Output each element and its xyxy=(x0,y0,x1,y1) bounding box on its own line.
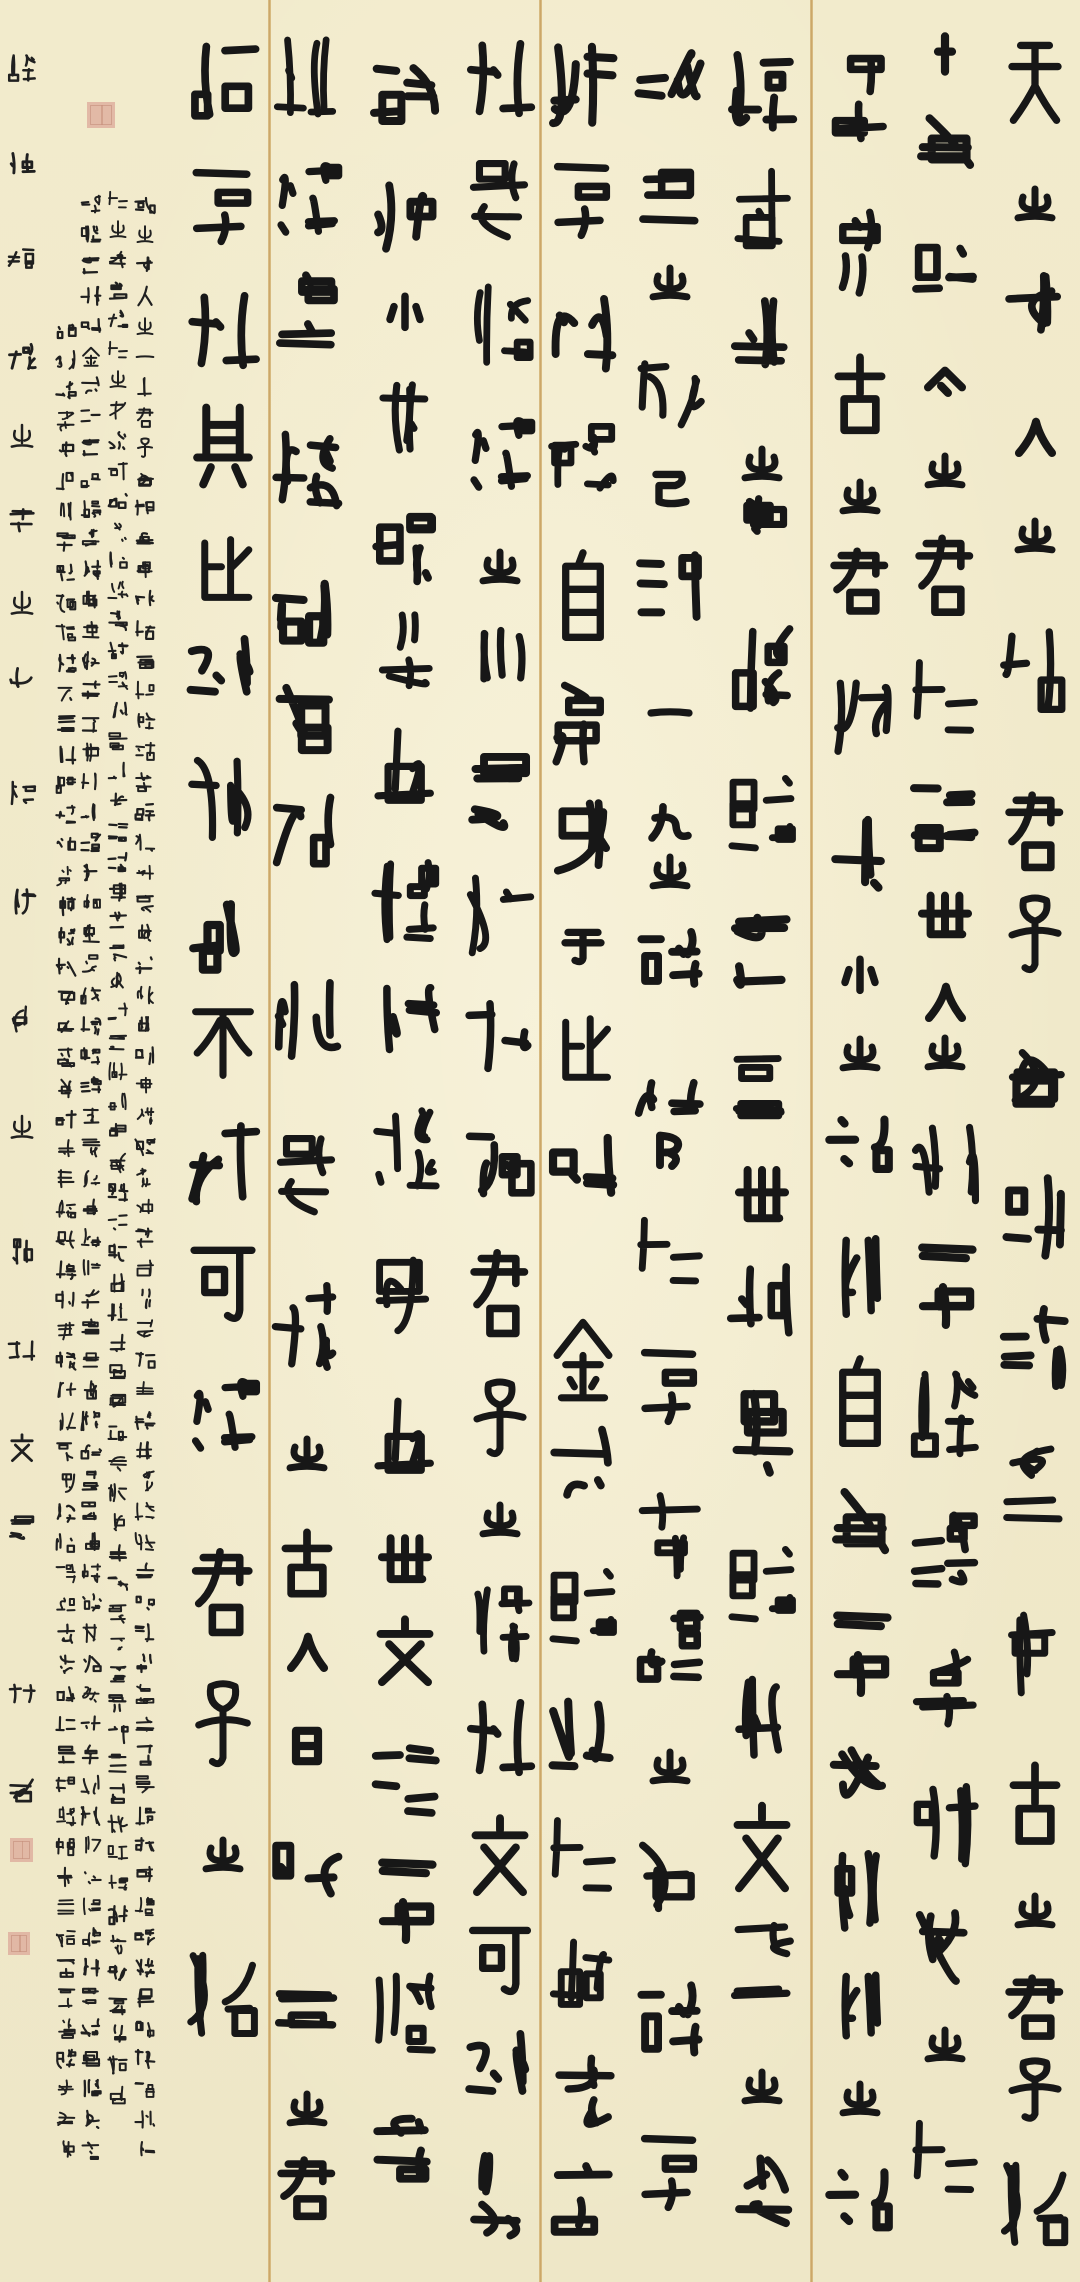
seal-script-glyph xyxy=(185,896,261,982)
seal-script-glyph xyxy=(271,784,343,876)
scroll-panel-2 xyxy=(542,0,810,2282)
seal-script-glyph xyxy=(547,549,619,645)
seal-script-glyph xyxy=(547,1005,619,1091)
seal-script-glyph xyxy=(547,791,619,883)
seal-script-glyph xyxy=(824,2155,896,2234)
seal-script-glyph xyxy=(824,1104,896,1175)
panel-divider xyxy=(268,0,271,2282)
seal-script-glyph xyxy=(547,672,619,768)
seal-script-glyph xyxy=(185,627,261,712)
scroll-panel-4 xyxy=(0,0,268,2282)
seal-script-glyph xyxy=(824,1478,896,1574)
seal-script-glyph xyxy=(824,1604,896,1700)
seal-script-glyph xyxy=(824,670,896,766)
seal-script-glyph xyxy=(547,39,619,135)
seal-script-glyph xyxy=(271,1131,343,1227)
seal-script-glyph xyxy=(547,1315,619,1407)
seal-script-glyph xyxy=(824,547,896,618)
text-column xyxy=(542,0,810,2282)
seal-script-glyph xyxy=(185,526,261,611)
calligraphy-artwork xyxy=(0,0,1080,2282)
seal-script-glyph xyxy=(185,284,261,380)
text-column xyxy=(271,0,539,2282)
seal-script-glyph xyxy=(824,52,896,148)
panel-divider xyxy=(810,0,813,2282)
seal-script-glyph xyxy=(835,956,885,996)
seal-script-glyph xyxy=(185,1116,261,1212)
text-column xyxy=(0,0,268,2282)
seal-script-glyph xyxy=(271,971,343,1067)
seal-script-glyph xyxy=(185,998,261,1084)
seal-script-glyph xyxy=(824,206,896,302)
seal-script-glyph xyxy=(824,1731,896,1825)
seal-script-glyph xyxy=(835,2080,885,2120)
seal-script-glyph xyxy=(824,812,896,908)
seal-script-glyph xyxy=(271,2156,343,2223)
seal-script-glyph xyxy=(185,162,261,258)
seal-script-glyph xyxy=(547,1560,619,1656)
seal-script-glyph xyxy=(835,478,885,518)
seal-script-glyph xyxy=(185,1677,261,1773)
seal-script-glyph xyxy=(547,2053,619,2139)
panel-divider xyxy=(539,0,542,2282)
seal-script-glyph xyxy=(185,398,261,494)
seal-script-glyph xyxy=(547,156,619,252)
seal-script-glyph xyxy=(271,678,343,763)
seal-script-glyph xyxy=(271,1965,343,2051)
seal-script-glyph xyxy=(547,2155,619,2241)
seal-script-glyph xyxy=(547,1931,619,2027)
text-column xyxy=(813,0,1080,2282)
seal-script-glyph xyxy=(558,926,608,966)
seal-script-glyph xyxy=(282,2090,332,2130)
seal-script-glyph xyxy=(824,352,896,439)
seal-script-glyph xyxy=(271,425,343,521)
scroll-panel-3 xyxy=(271,0,539,2282)
seal-script-glyph xyxy=(824,1843,896,1937)
seal-script-glyph xyxy=(271,265,343,361)
seal-script-glyph xyxy=(198,1836,248,1876)
seal-script-glyph xyxy=(185,1946,261,2042)
seal-script-glyph xyxy=(271,1276,343,1372)
seal-script-glyph xyxy=(547,1691,619,1787)
seal-script-glyph xyxy=(547,1424,619,1516)
seal-script-glyph xyxy=(185,34,261,130)
seal-script-glyph xyxy=(271,577,343,662)
seal-script-glyph xyxy=(547,418,619,514)
seal-script-glyph xyxy=(835,1035,885,1075)
seal-script-glyph xyxy=(547,1124,619,1220)
seal-script-glyph xyxy=(185,1546,261,1642)
seal-script-glyph xyxy=(282,1726,332,1766)
seal-script-glyph xyxy=(824,1355,896,1451)
seal-script-glyph xyxy=(282,1435,332,1475)
seal-script-glyph xyxy=(282,1632,332,1672)
seal-script-glyph xyxy=(185,1233,261,1329)
seal-script-glyph xyxy=(824,1969,896,2046)
seal-script-glyph xyxy=(547,287,619,383)
seal-script-glyph xyxy=(547,1808,619,1904)
seal-script-glyph xyxy=(824,1231,896,1327)
seal-script-glyph xyxy=(271,1528,343,1601)
seal-script-glyph xyxy=(271,1829,343,1925)
seal-script-glyph xyxy=(271,148,343,244)
scroll-panel-1 xyxy=(813,0,1080,2282)
seal-script-glyph xyxy=(185,1364,261,1460)
seal-script-glyph xyxy=(271,32,343,128)
seal-script-glyph xyxy=(185,752,261,848)
